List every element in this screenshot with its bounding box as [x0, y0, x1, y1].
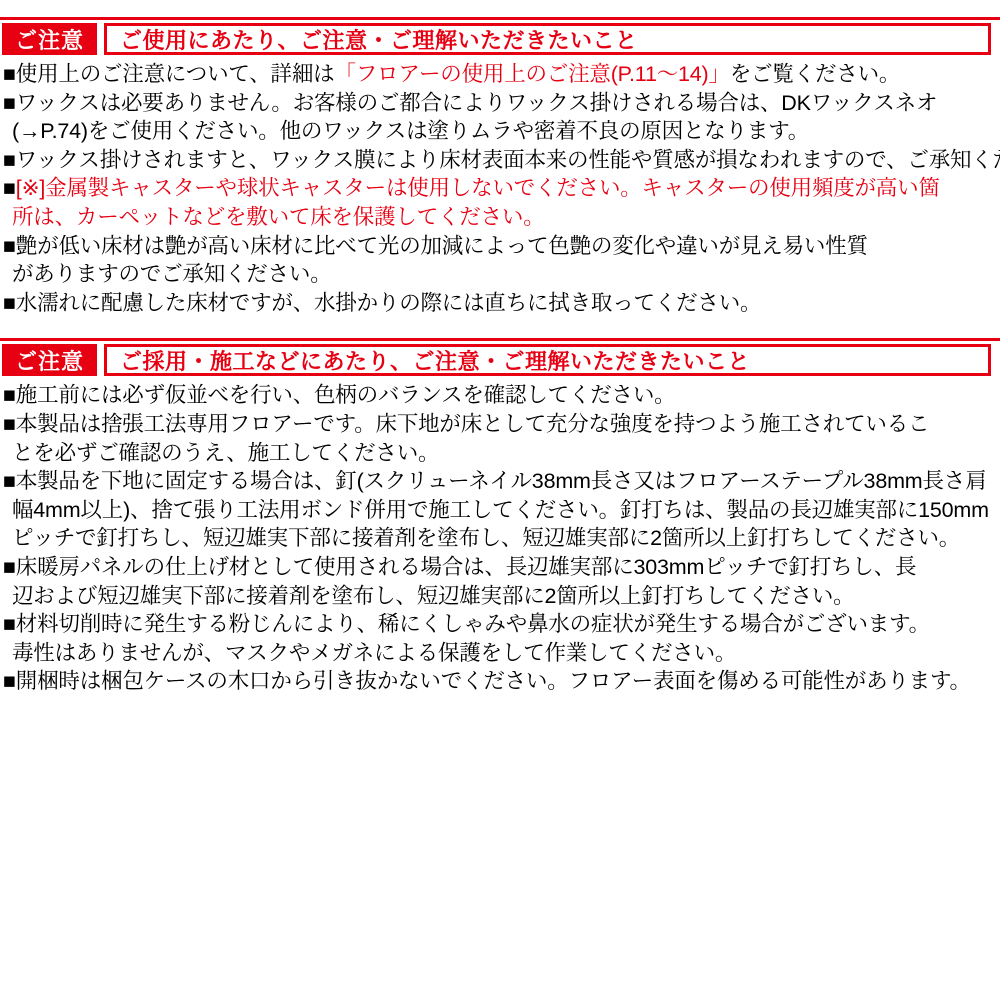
section-top-rule [0, 338, 1000, 341]
bullet-text-segment: 開梱時は梱包ケースの木口から引き抜かないでください。フロアー表面を傷める可能性が… [16, 669, 971, 693]
square-bullet-icon: ■ [3, 62, 16, 86]
bullet-text-segment: 水濡れに配慮した床材ですが、水掛かりの際には直ちに拭き取ってください。 [16, 291, 762, 315]
bullet-item: ■ワックス掛けされますと、ワックス膜により床材表面本来の性能や質感が損なわれます… [3, 146, 998, 175]
notice-page: ご注意 ご使用にあたり、ご注意・ご理解いただきたいこと ■使用上のご注意について… [0, 0, 1000, 1000]
square-bullet-icon: ■ [3, 148, 16, 172]
bullet-item: ■水濡れに配慮した床材ですが、水掛かりの際には直ちに拭き取ってください。 [3, 289, 998, 318]
bullet-text-segment: [※]金属製キャスターや球状キャスターは使用しないでください。キャスターの使用頻… [12, 176, 940, 229]
bullet-item: ■本製品を下地に固定する場合は、釘(スクリューネイル38mm長さ又はフロアーステ… [3, 467, 998, 553]
section-installation-notice: ご注意 ご採用・施工などにあたり、ご注意・ご理解いただきたいこと ■施工前には必… [0, 338, 1000, 696]
bullet-text-segment: 艶が低い床材は艶が高い床材に比べて光の加減によって色艶の変化や違いが見え易い性質… [12, 234, 868, 287]
square-bullet-icon: ■ [3, 412, 16, 436]
square-bullet-icon: ■ [3, 291, 16, 315]
section-heading: ご採用・施工などにあたり、ご注意・ご理解いただきたいこと [104, 344, 991, 376]
bullet-item: ■艶が低い床材は艶が高い床材に比べて光の加減によって色艶の変化や違いが見え易い性… [3, 232, 998, 289]
square-bullet-icon: ■ [3, 91, 16, 115]
bullet-item: ■床暖房パネルの仕上げ材として使用される場合は、長辺雄実部に303mmピッチで釘… [3, 553, 998, 610]
bullet-text-segment: 材料切削時に発生する粉じんにより、稀にくしゃみや鼻水の症状が発生する場合がござい… [12, 612, 930, 665]
bullet-text-segment: 床暖房パネルの仕上げ材として使用される場合は、長辺雄実部に303mmピッチで釘打… [12, 555, 916, 608]
section-top-rule [0, 17, 1000, 20]
square-bullet-icon: ■ [3, 383, 16, 407]
square-bullet-icon: ■ [3, 669, 16, 693]
square-bullet-icon: ■ [3, 555, 16, 579]
bullet-text-segment: 「フロアーの使用上のご注意(P.11〜14)」 [334, 62, 729, 86]
bullet-text-segment: ワックス掛けされますと、ワックス膜により床材表面本来の性能や質感が損なわれますの… [16, 148, 1000, 172]
square-bullet-icon: ■ [3, 234, 16, 258]
bullet-item: ■開梱時は梱包ケースの木口から引き抜かないでください。フロアー表面を傷める可能性… [3, 667, 998, 696]
bullet-text-segment: 施工前には必ず仮並べを行い、色柄のバランスを確認してください。 [16, 383, 676, 407]
bullet-list: ■施工前には必ず仮並べを行い、色柄のバランスを確認してください。■本製品は捨張工… [0, 376, 1000, 696]
section-usage-notice: ご注意 ご使用にあたり、ご注意・ご理解いただきたいこと ■使用上のご注意について… [0, 17, 1000, 317]
bullet-item: ■使用上のご注意について、詳細は「フロアーの使用上のご注意(P.11〜14)」を… [3, 60, 998, 89]
square-bullet-icon: ■ [3, 469, 16, 493]
bullet-text-segment: ワックスは必要ありません。お客様のご都合によりワックス掛けされる場合は、DKワッ… [12, 91, 937, 144]
bullet-item: ■ワックスは必要ありません。お客様のご都合によりワックス掛けされる場合は、DKワ… [3, 89, 998, 146]
bullet-item: ■施工前には必ず仮並べを行い、色柄のバランスを確認してください。 [3, 381, 998, 410]
bullet-text-segment: 使用上のご注意について、詳細は [16, 62, 335, 86]
caution-badge: ご注意 [2, 344, 97, 376]
bullet-item: ■材料切削時に発生する粉じんにより、稀にくしゃみや鼻水の症状が発生する場合がござ… [3, 610, 998, 667]
square-bullet-icon: ■ [3, 176, 16, 200]
section-banner: ご注意 ご採用・施工などにあたり、ご注意・ご理解いただきたいこと [2, 344, 991, 376]
bullet-text-segment: 本製品を下地に固定する場合は、釘(スクリューネイル38mm長さ又はフロアーステー… [12, 469, 989, 550]
bullet-item: ■[※]金属製キャスターや球状キャスターは使用しないでください。キャスターの使用… [3, 174, 998, 231]
caution-badge: ご注意 [2, 23, 97, 55]
bullet-item: ■本製品は捨張工法専用フロアーです。床下地が床として充分な強度を持つよう施工され… [3, 410, 998, 467]
section-banner: ご注意 ご使用にあたり、ご注意・ご理解いただきたいこと [2, 23, 991, 55]
bullet-list: ■使用上のご注意について、詳細は「フロアーの使用上のご注意(P.11〜14)」を… [0, 55, 1000, 317]
bullet-text-segment: 本製品は捨張工法専用フロアーです。床下地が床として充分な強度を持つよう施工されて… [12, 412, 929, 465]
square-bullet-icon: ■ [3, 612, 16, 636]
bullet-text-segment: をご覧ください。 [730, 62, 900, 86]
section-heading: ご使用にあたり、ご注意・ご理解いただきたいこと [104, 23, 991, 55]
